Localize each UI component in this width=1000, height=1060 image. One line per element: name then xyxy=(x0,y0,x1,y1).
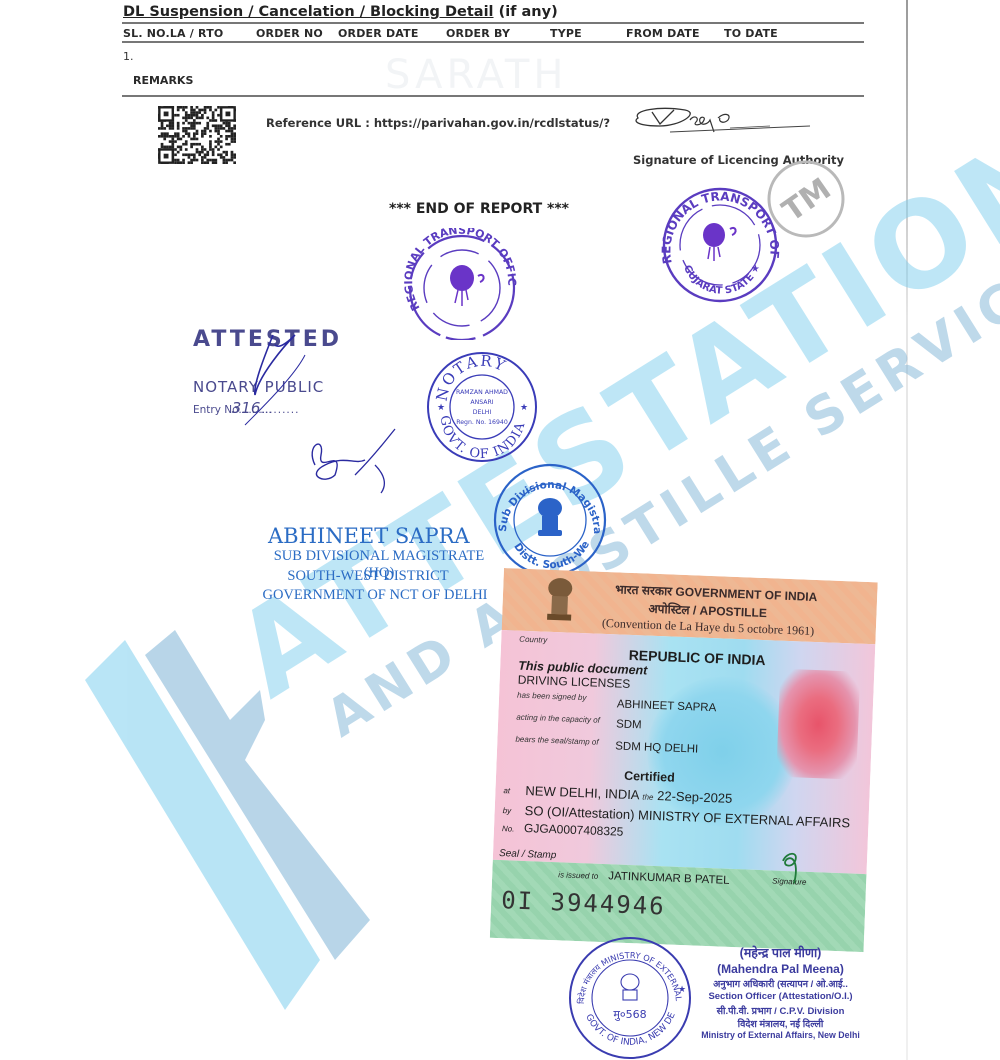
officer-division: सी.पी.वी. प्रभाग / C.P.V. Division xyxy=(693,1004,868,1017)
officer-title-hindi: अनुभाग अधिकारी (सत्यापन / ओ.आई.. xyxy=(693,977,868,990)
officer-title: Section Officer (Attestation/O.I.) xyxy=(693,991,868,1002)
at-label: at xyxy=(503,786,510,795)
reference-url: Reference URL : https://parivahan.gov.in… xyxy=(266,116,610,130)
section-title-suffix: (if any) xyxy=(494,4,558,20)
table-row: 1. xyxy=(123,50,134,63)
svg-text:मु०568: मु०568 xyxy=(613,1008,646,1021)
section-title: DL Suspension / Cancelation / Blocking D… xyxy=(123,4,558,20)
officer-name-hindi: (महेन्द्र पाल मीणा) xyxy=(693,944,868,961)
col-order-by: ORDER BY xyxy=(446,27,510,40)
the-label: the xyxy=(642,792,653,801)
end-of-report: *** END OF REPORT *** xyxy=(389,201,569,217)
col-type: TYPE xyxy=(550,27,582,40)
by-label: by xyxy=(503,806,512,815)
col-to-date: TO DATE xyxy=(724,27,778,40)
sdm-government: GOVERNMENT OF NCT OF DELHI xyxy=(255,587,495,604)
licencing-authority-signature xyxy=(630,104,815,140)
rto-stamp-mehsana: REGIONAL TRANSPORT OFFICE GUJARAT STATE … xyxy=(656,183,786,303)
col-order-date: ORDER DATE xyxy=(338,27,419,40)
col-from-date: FROM DATE xyxy=(626,27,700,40)
svg-text:★: ★ xyxy=(678,985,686,995)
national-emblem-icon xyxy=(542,576,578,629)
sdm-district: SOUTH-WEST DISTRICT xyxy=(248,568,488,585)
seal-stamp-label: Seal / Stamp xyxy=(499,848,557,861)
section-title-main: DL Suspension / Cancelation / Blocking D… xyxy=(123,4,494,20)
hologram-seal xyxy=(776,669,860,780)
apostille-date: 22-Sep-2025 xyxy=(657,788,733,806)
svg-text:Regn. No. 16940: Regn. No. 16940 xyxy=(456,419,508,426)
apostille-certificate: भारत सरकार GOVERNMENT OF INDIA अपोस्टिल … xyxy=(490,568,878,952)
sdm-name: ABHINEET SAPRA xyxy=(268,524,470,548)
notary-stamp: NOTARY GOVT. OF INDIA ★ ★ RAMZAN AHMAD A… xyxy=(425,350,540,465)
officer-ministry: Ministry of External Affairs, New Delhi xyxy=(693,1030,868,1040)
svg-text:विदेश मंत्रालय MINISTRY OF EX: विदेश मंत्रालय MINISTRY OF EXTERNAL AFFA… xyxy=(566,934,684,1004)
rto-stamp: REGIONAL TRANSPORT OFFICE xyxy=(400,228,525,340)
notary-signature xyxy=(235,315,345,435)
svg-text:★: ★ xyxy=(437,403,445,413)
svg-text:ANSARI: ANSARI xyxy=(470,399,493,406)
divider xyxy=(122,41,864,43)
divider xyxy=(122,22,864,24)
apostille-signature xyxy=(776,849,807,886)
svg-text:★: ★ xyxy=(520,403,528,413)
faint-watermark-text: SARATH xyxy=(385,52,567,98)
sdm-stamp: Sub Divisional Magistrate (HQ) Distt. So… xyxy=(490,462,610,578)
officer-ministry-hindi: विदेश मंत्रालय, नई दिल्ली xyxy=(693,1017,868,1030)
issued-to-label: is issued to xyxy=(558,870,598,881)
page-edge xyxy=(906,0,908,1060)
capacity-value: SDM xyxy=(616,718,642,731)
mea-stamp: विदेश मंत्रालय MINISTRY OF EXTERNAL AFFA… xyxy=(566,934,694,1060)
notary-initials xyxy=(295,425,405,495)
qr-code-icon xyxy=(158,106,236,164)
certified-label: Certified xyxy=(624,769,675,785)
officer-name: (Mahendra Pal Meena) xyxy=(693,962,868,976)
svg-text:DELHI: DELHI xyxy=(473,409,492,416)
svg-text:RAMZAN AHMAD: RAMZAN AHMAD xyxy=(456,389,508,396)
country-label: Country xyxy=(519,635,547,645)
remarks-label: REMARKS xyxy=(133,74,193,87)
col-order-no: ORDER NO xyxy=(256,27,323,40)
no-label: No. xyxy=(502,824,515,833)
divider xyxy=(122,95,864,97)
col-sl-la-rto: SL. NO.LA / RTO xyxy=(123,27,223,40)
